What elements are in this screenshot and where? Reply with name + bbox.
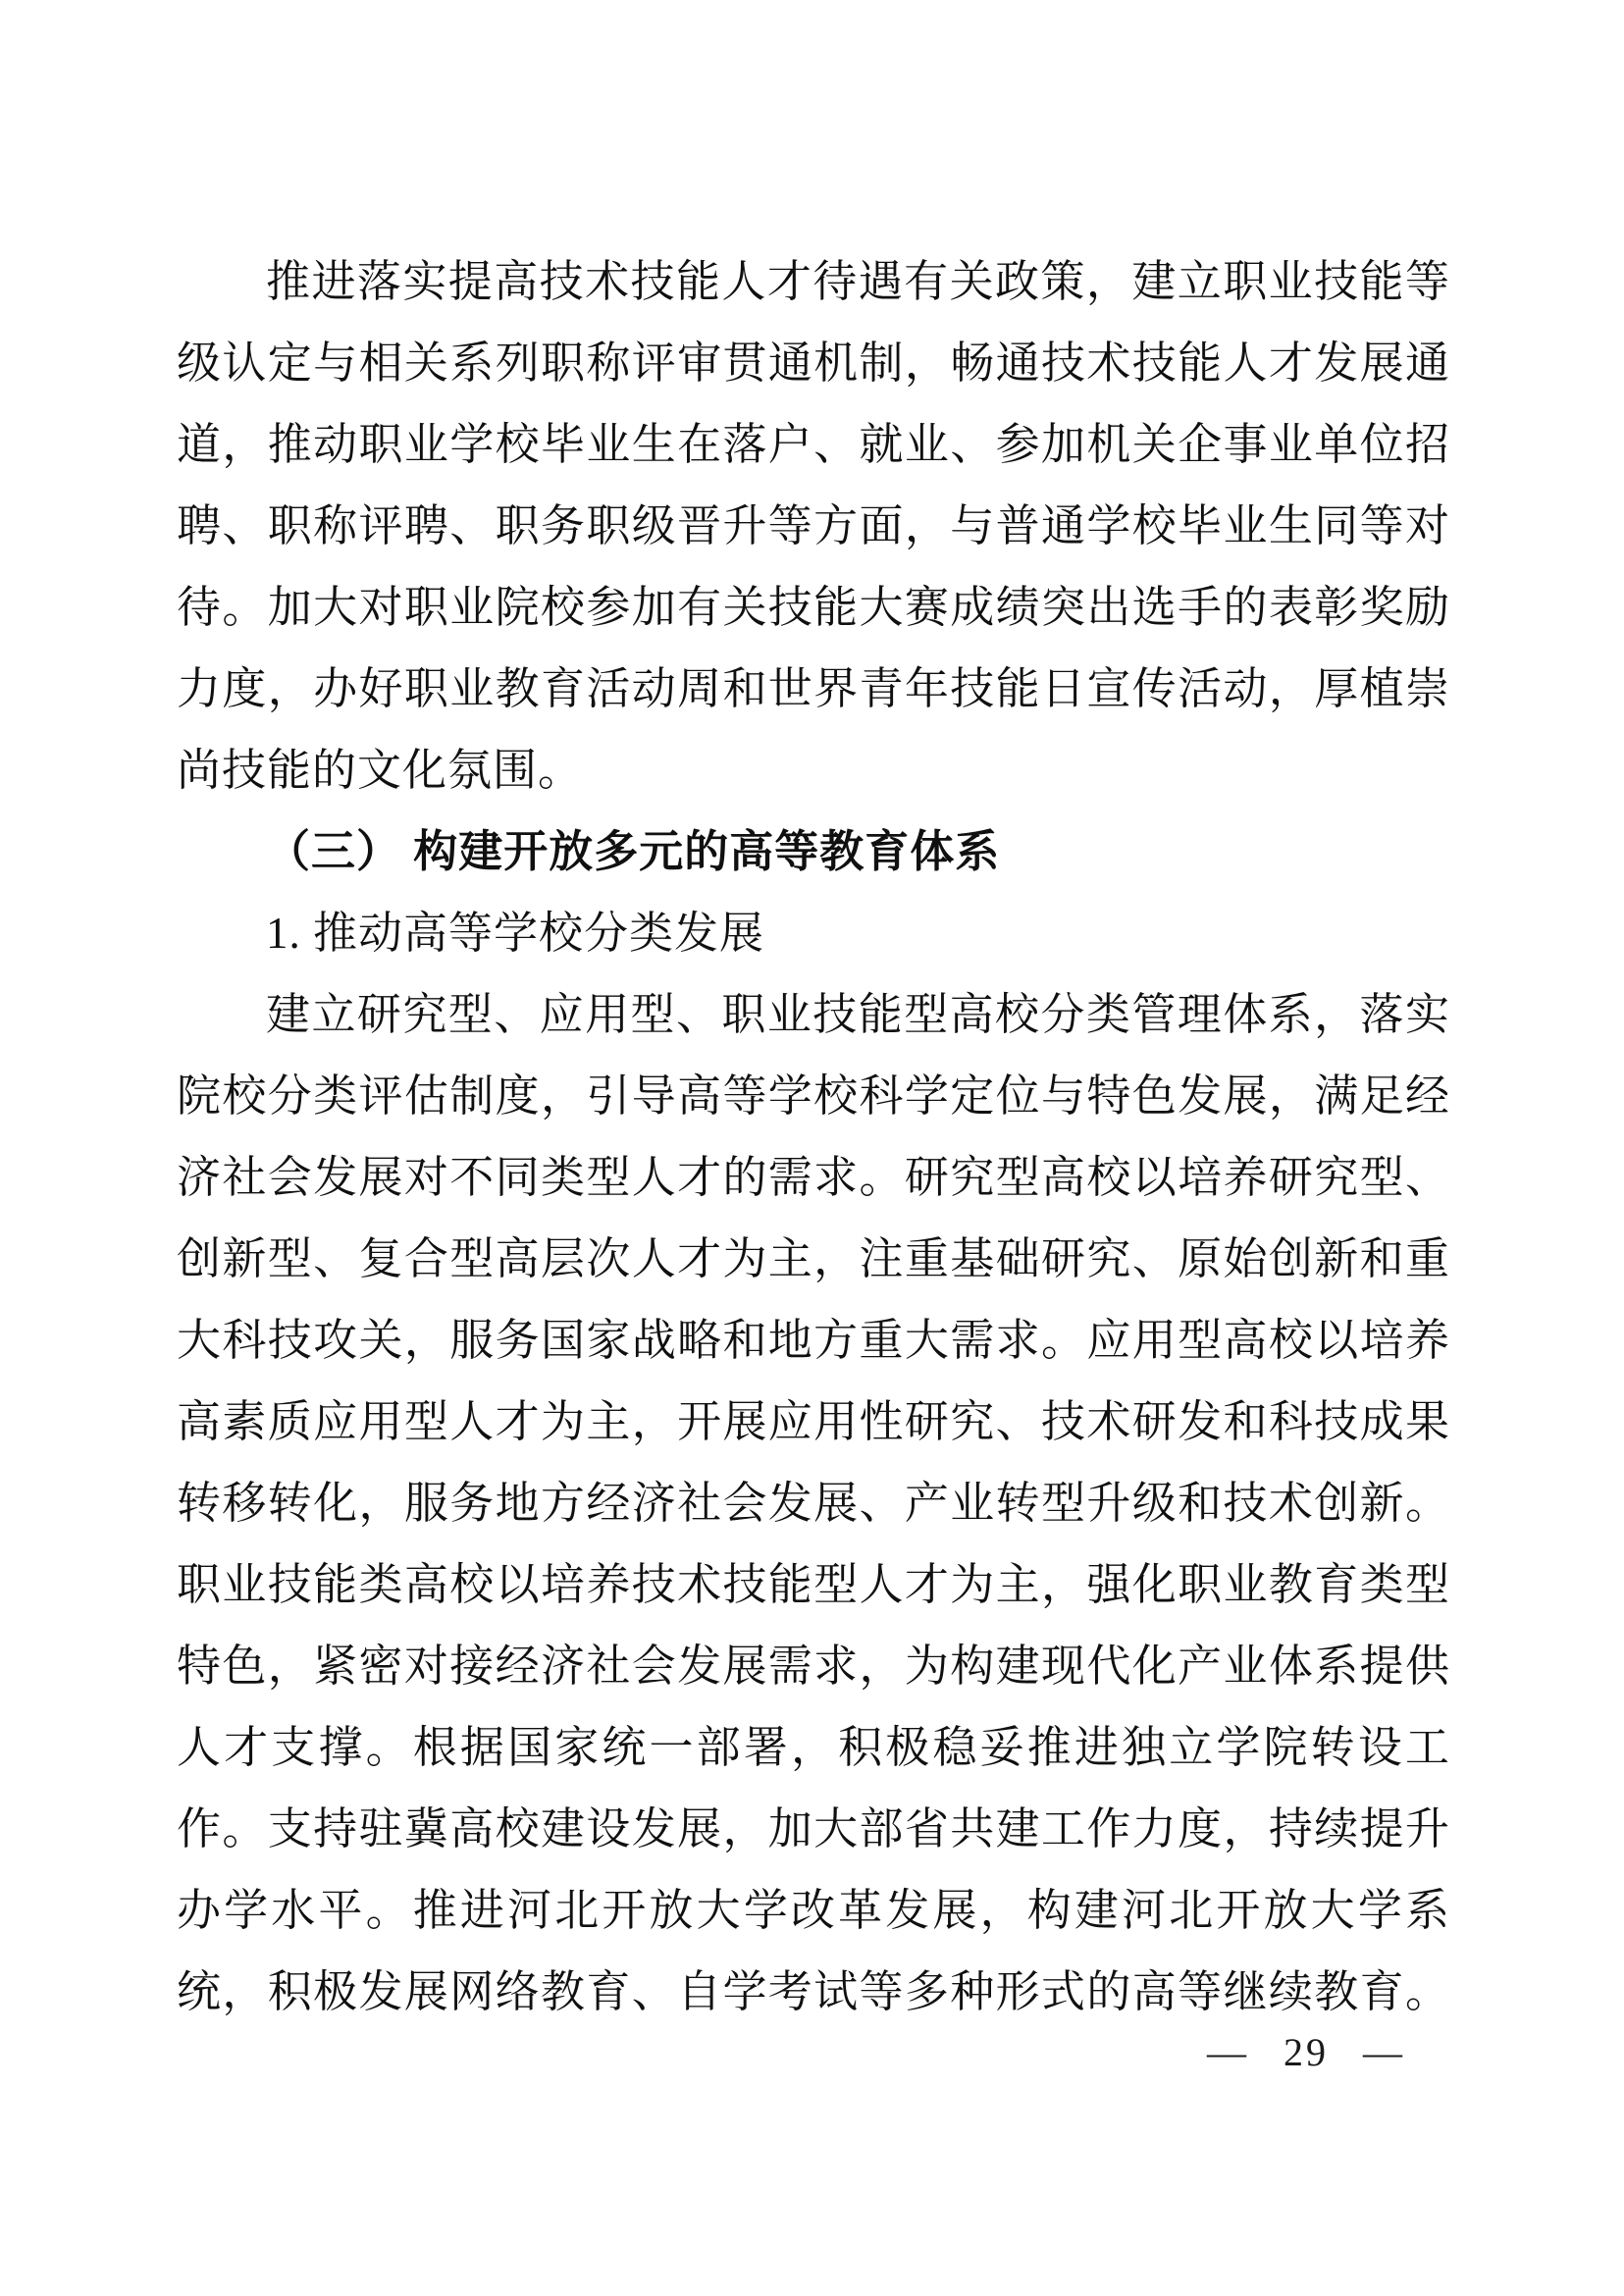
document-line: 统，积极发展网络教育、自学考试等多种形式的高等继续教育。 (177, 1952, 1450, 2033)
document-line: 职业技能类高校以培养技术技能型人才为主，强化职业教育类型 (177, 1544, 1450, 1626)
document-line: 济社会发展对不同类型人才的需求。研究型高校以培养研究型、 (177, 1137, 1450, 1219)
document-line: 建立研究型、应用型、职业技能型高校分类管理体系，落实 (177, 974, 1450, 1056)
document-line: 高素质应用型人才为主，开展应用性研究、技术研发和科技成果 (177, 1382, 1450, 1463)
document-line: 办学水平。推进河北开放大学改革发展，构建河北开放大学系 (177, 1870, 1450, 1952)
document-line: 推进落实提高技术技能人才待遇有关政策，建立职业技能等 (177, 241, 1450, 323)
document-line: 创新型、复合型高层次人才为主，注重基础研究、原始创新和重 (177, 1219, 1450, 1300)
document-line: 特色，紧密对接经济社会发展需求，为构建现代化产业体系提供 (177, 1626, 1450, 1707)
document-line: 道，推动职业学校毕业生在落户、就业、参加机关企事业单位招 (177, 404, 1450, 486)
document-line: 作。支持驻冀高校建设发展，加大部省共建工作力度，持续提升 (177, 1789, 1450, 1870)
document-line: 转移转化，服务地方经济社会发展、产业转型升级和技术创新。 (177, 1463, 1450, 1544)
document-line: 大科技攻关，服务国家战略和地方重大需求。应用型高校以培养 (177, 1300, 1450, 1382)
document-line: 院校分类评估制度，引导高等学校科学定位与特色发展，满足经 (177, 1056, 1450, 1137)
document-body: 推进落实提高技术技能人才待遇有关政策，建立职业技能等级认定与相关系列职称评审贯通… (177, 241, 1450, 2033)
document-line: 人才支撑。根据国家统一部署，积极稳妥推进独立学院转设工 (177, 1707, 1450, 1789)
document-page: 推进落实提高技术技能人才待遇有关政策，建立职业技能等级认定与相关系列职称评审贯通… (0, 0, 1624, 2296)
document-line: 级认定与相关系列职称评审贯通机制，畅通技术技能人才发展通 (177, 323, 1450, 404)
subsection-heading: 1. 推动高等学校分类发展 (177, 893, 1450, 974)
page-number: — 29 — (1207, 2023, 1405, 2082)
section-heading: （三） 构建开放多元的高等教育体系 (177, 811, 1450, 893)
document-line: 力度，办好职业教育活动周和世界青年技能日宣传活动，厚植崇 (177, 649, 1450, 730)
document-line: 尚技能的文化氛围。 (177, 730, 1450, 811)
document-line: 聘、职称评聘、职务职级晋升等方面，与普通学校毕业生同等对 (177, 486, 1450, 567)
document-line: 待。加大对职业院校参加有关技能大赛成绩突出选手的表彰奖励 (177, 567, 1450, 649)
